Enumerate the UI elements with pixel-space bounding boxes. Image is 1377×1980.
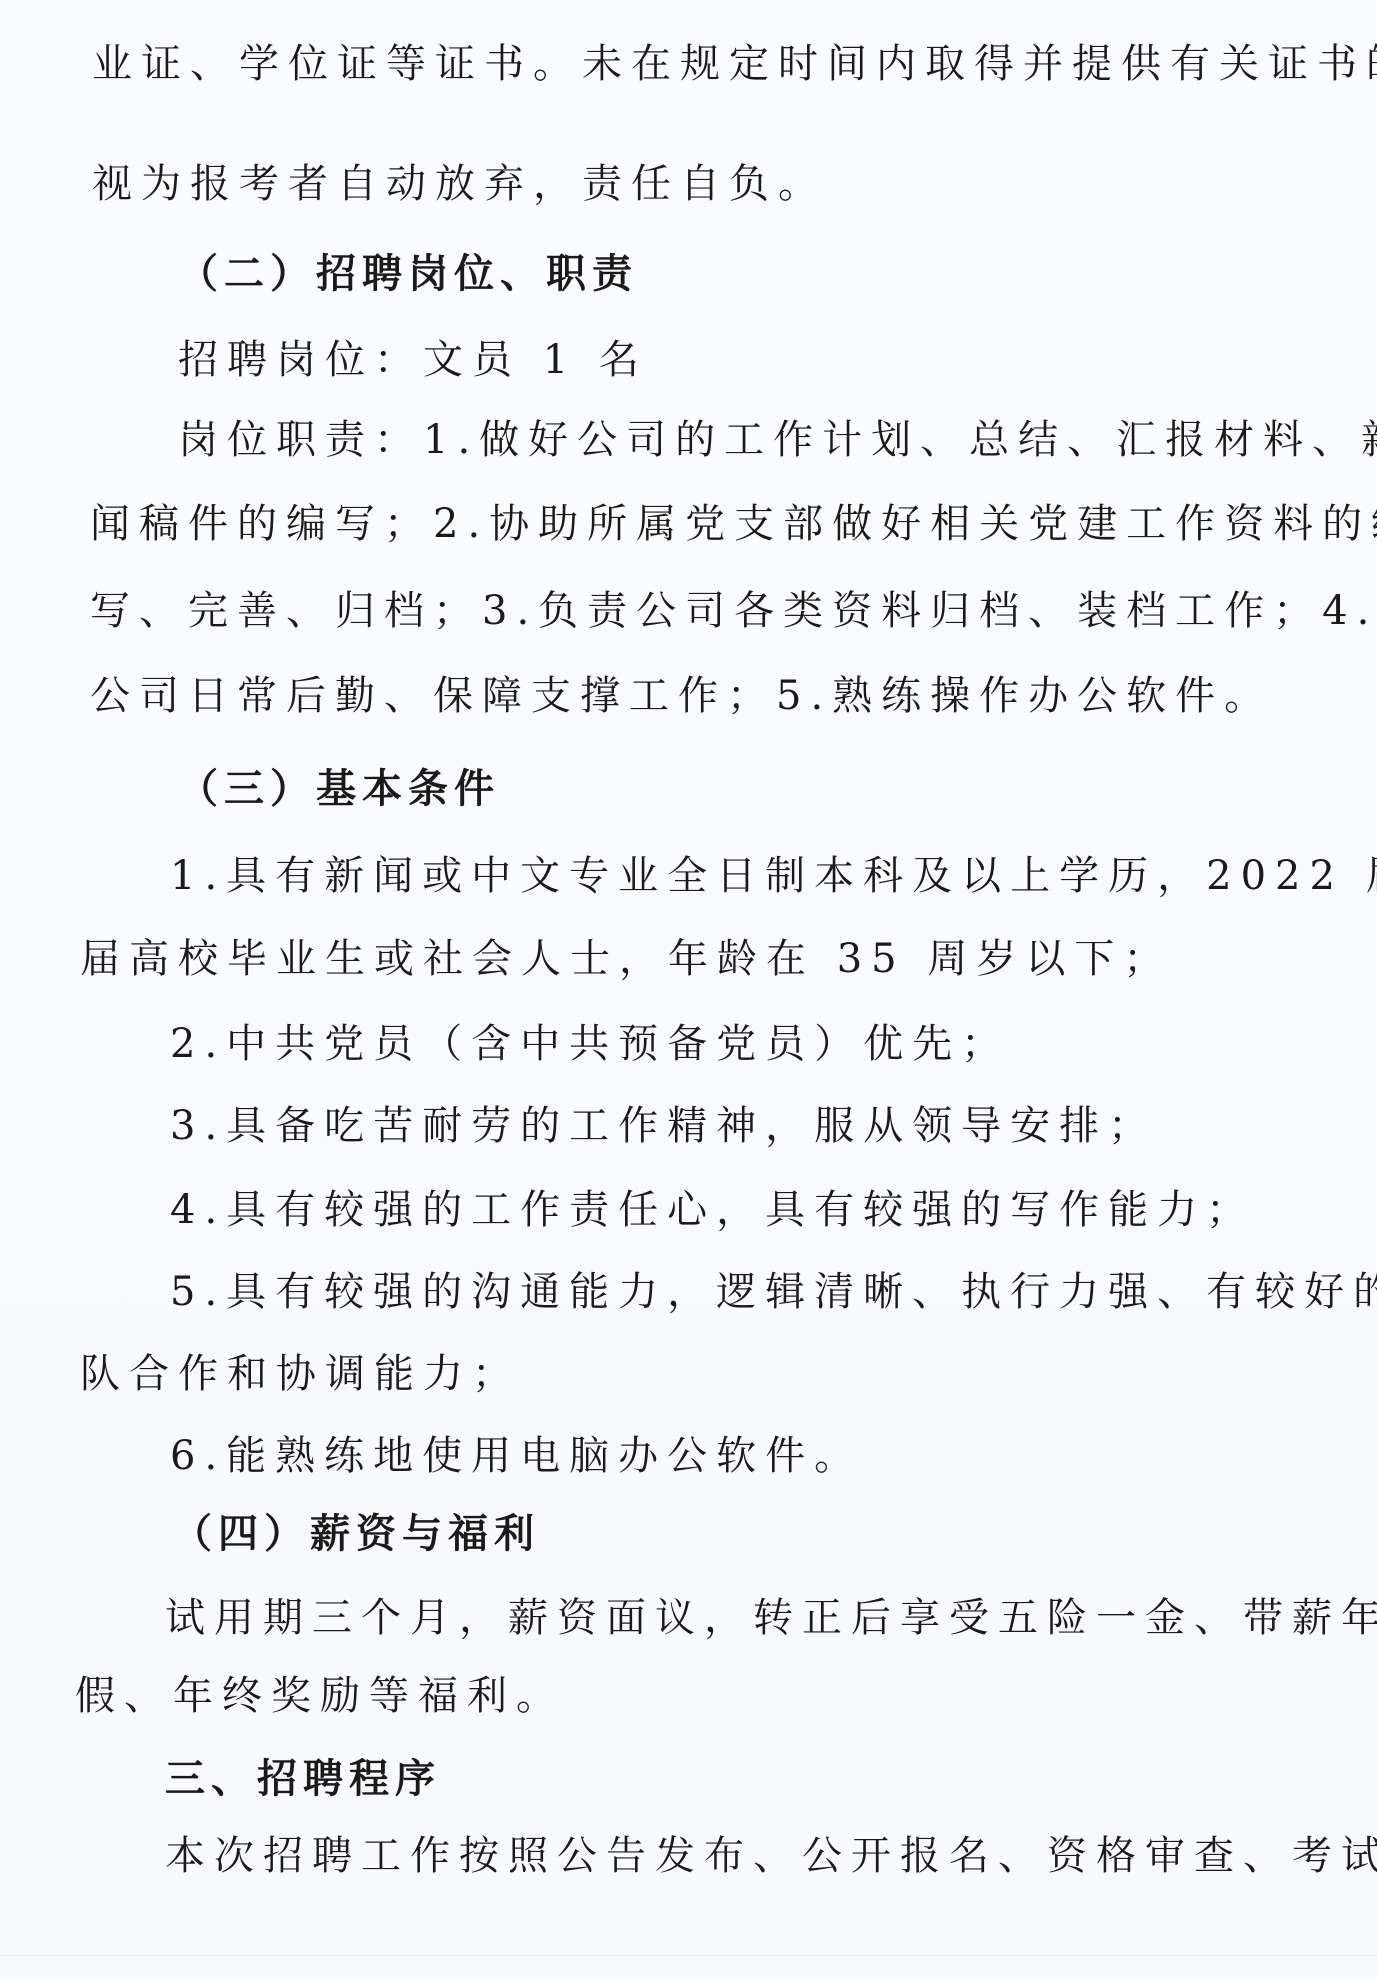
benefits-line: 试用期三个月，薪资面议，转正后享受五险一金、带薪年	[165, 1594, 1377, 1642]
requirement-line: 3.具备吃苦耐劳的工作精神，服从领导安排；	[170, 1102, 1157, 1150]
requirement-line: 届高校毕业生或社会人士，年龄在 35 周岁以下；	[80, 935, 1172, 983]
document-page: 业证、学位证等证书。未在规定时间内取得并提供有关证书的， 视为报考者自动放弃，责…	[0, 0, 1377, 1980]
requirement-line: 队合作和协调能力；	[80, 1350, 521, 1398]
paragraph-line: 业证、学位证等证书。未在规定时间内取得并提供有关证书的，	[92, 40, 1377, 88]
section-heading-3: （三）基本条件	[178, 765, 500, 813]
position-line: 招聘岗位：文员 1 名	[178, 336, 648, 384]
requirement-line: 6.能熟练地使用电脑办公软件。	[170, 1432, 863, 1480]
duties-line: 公司日常后勤、保障支撑工作；5.熟练操作办公软件。	[90, 672, 1273, 720]
section-heading-2: （二）招聘岗位、职责	[178, 250, 638, 298]
procedure-line: 本次招聘工作按照公告发布、公开报名、资格审查、考试、	[165, 1832, 1377, 1880]
duties-line: 写、完善、归档；3.负责公司各类资料归档、装档工作；4.做好	[90, 587, 1377, 635]
part-heading-3: 三、招聘程序	[165, 1755, 441, 1803]
benefits-line: 假、年终奖励等福利。	[75, 1672, 565, 1720]
duties-line: 闻稿件的编写；2.协助所属党支部做好相关党建工作资料的编	[90, 500, 1377, 548]
paragraph-line: 视为报考者自动放弃，责任自负。	[92, 160, 827, 208]
section-heading-4: （四）薪资与福利	[172, 1510, 540, 1558]
requirement-line: 4.具有较强的工作责任心，具有较强的写作能力；	[170, 1186, 1255, 1234]
requirement-line: 1.具有新闻或中文专业全日制本科及以上学历，2022 届应	[170, 852, 1377, 900]
requirement-line: 5.具有较强的沟通能力，逻辑清晰、执行力强、有较好的团	[170, 1268, 1377, 1316]
scan-edge	[0, 1955, 1377, 1956]
duties-line: 岗位职责：1.做好公司的工作计划、总结、汇报材料、新	[178, 416, 1377, 464]
requirement-line: 2.中共党员（含中共预备党员）优先；	[170, 1020, 1010, 1068]
